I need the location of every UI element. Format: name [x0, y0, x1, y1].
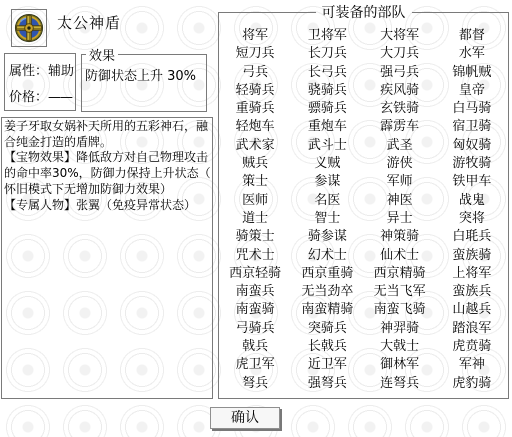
unit-name: 游侠 — [364, 155, 436, 173]
description-line: 姜子牙取女娲补天所用的五彩神石，融 — [4, 119, 211, 135]
unit-name: 山越兵 — [436, 301, 508, 319]
unit-name: 弓骑兵 — [219, 320, 291, 338]
unit-name: 武术家 — [219, 137, 291, 155]
unit-grid: 将军 卫将军 大将军 都督 短刀兵 长刀兵 大刀兵 水军 弓兵 长弓兵 强弓兵 … — [219, 27, 508, 393]
item-icon-frame — [11, 9, 47, 47]
unit-name: 白马骑 — [436, 100, 508, 118]
unit-name: 强弓兵 — [364, 64, 436, 82]
unit-name: 铁甲车 — [436, 173, 508, 191]
unit-name: 疾风骑 — [364, 82, 436, 100]
unit-name: 无当劲卒 — [291, 283, 363, 301]
unit-name: 义贼 — [291, 155, 363, 173]
unit-name: 道士 — [219, 210, 291, 228]
effect-box: 效果 防御状态上升 30% — [81, 45, 207, 112]
unit-name: 将军 — [219, 27, 291, 45]
unit-name: 贼兵 — [219, 155, 291, 173]
unit-name: 皇帝 — [436, 82, 508, 100]
unit-name: 武斗士 — [291, 137, 363, 155]
unit-name: 轻骑兵 — [219, 82, 291, 100]
unit-name: 虎豹骑 — [436, 375, 508, 393]
unit-name: 玄铁骑 — [364, 100, 436, 118]
unit-name: 智士 — [291, 210, 363, 228]
unit-name: 白毦兵 — [436, 228, 508, 246]
unit-name: 武圣 — [364, 137, 436, 155]
unit-name: 咒术士 — [219, 247, 291, 265]
attribute-value: 辅助 — [48, 64, 74, 79]
unit-name: 大戟士 — [364, 338, 436, 356]
unit-name: 踏浪军 — [436, 320, 508, 338]
unit-name: 虎卫军 — [219, 356, 291, 374]
effect-legend: 效果 — [86, 45, 118, 64]
unit-name: 大将军 — [364, 27, 436, 45]
unit-name: 骑策士 — [219, 228, 291, 246]
unit-name: 都督 — [436, 27, 508, 45]
unit-name: 虎贲骑 — [436, 338, 508, 356]
unit-name: 西京轻骑 — [219, 265, 291, 283]
unit-name: 无当飞军 — [364, 283, 436, 301]
description-line: 【专属人物】张翼（免疫异常状态） — [4, 198, 211, 214]
price-row: 价格：—— — [9, 86, 72, 105]
unit-name: 卫将军 — [291, 27, 363, 45]
unit-name: 连弩兵 — [364, 375, 436, 393]
unit-name: 蛮族骑 — [436, 247, 508, 265]
unit-name: 长刀兵 — [291, 45, 363, 63]
attribute-label: 属性： — [9, 64, 48, 79]
item-detail-window: 太公神盾 属性：辅助 价格：—— 效果 防御状态上升 30% 姜子牙取女娲补天所… — [0, 0, 512, 437]
attribute-row: 属性：辅助 — [9, 60, 72, 79]
description-line: 怀旧模式下无增加防御力效果） — [4, 182, 211, 198]
unit-name: 异士 — [364, 210, 436, 228]
shield-icon — [14, 13, 44, 43]
unit-name: 幻术士 — [291, 247, 363, 265]
equippable-units-panel: 可装备的部队 将军 卫将军 大将军 都督 短刀兵 长刀兵 大刀兵 水军 弓兵 长… — [218, 2, 509, 399]
unit-name: 神羿骑 — [364, 320, 436, 338]
unit-name: 骠骑兵 — [291, 100, 363, 118]
unit-name: 匈奴骑 — [436, 137, 508, 155]
description-line: 的命中率30%，防御力保持上升状态（ — [4, 166, 211, 182]
unit-name: 宿卫骑 — [436, 118, 508, 136]
unit-name: 医师 — [219, 192, 291, 210]
unit-name: 战鬼 — [436, 192, 508, 210]
equip-panel-legend: 可装备的部队 — [316, 2, 412, 22]
description-line: 合纯金打造的盾牌。 — [4, 135, 211, 151]
unit-name: 突将 — [436, 210, 508, 228]
unit-name: 大刀兵 — [364, 45, 436, 63]
unit-name: 强弩兵 — [291, 375, 363, 393]
unit-name: 西京重骑 — [291, 265, 363, 283]
unit-name: 水军 — [436, 45, 508, 63]
confirm-button[interactable]: 确认 — [210, 407, 280, 429]
unit-name: 重炮车 — [291, 118, 363, 136]
unit-name: 军神 — [436, 356, 508, 374]
attribute-price-box: 属性：辅助 价格：—— — [4, 53, 76, 111]
unit-name: 锦帆贼 — [436, 64, 508, 82]
unit-name: 南蛮骑 — [219, 301, 291, 319]
unit-name: 长戟兵 — [291, 338, 363, 356]
unit-name: 南蛮兵 — [219, 283, 291, 301]
unit-name: 轻炮车 — [219, 118, 291, 136]
unit-name: 霹雳车 — [364, 118, 436, 136]
unit-name: 南蛮飞骑 — [364, 301, 436, 319]
unit-name: 参谋 — [291, 173, 363, 191]
unit-name: 短刀兵 — [219, 45, 291, 63]
description-box: 姜子牙取女娲补天所用的五彩神石，融 合纯金打造的盾牌。 【宝物效果】降低敌方对自… — [1, 117, 213, 399]
price-label: 价格： — [9, 90, 48, 105]
effect-value: 防御状态上升 30% — [85, 65, 206, 84]
unit-name: 骁骑兵 — [291, 82, 363, 100]
unit-name: 突骑兵 — [291, 320, 363, 338]
unit-name: 长弓兵 — [291, 64, 363, 82]
unit-name: 弓兵 — [219, 64, 291, 82]
unit-name: 军师 — [364, 173, 436, 191]
unit-name: 戟兵 — [219, 338, 291, 356]
unit-name: 近卫军 — [291, 356, 363, 374]
unit-name: 神策骑 — [364, 228, 436, 246]
unit-name: 重骑兵 — [219, 100, 291, 118]
unit-name: 弩兵 — [219, 375, 291, 393]
unit-name: 神医 — [364, 192, 436, 210]
unit-name: 西京精骑 — [364, 265, 436, 283]
unit-name: 蛮族兵 — [436, 283, 508, 301]
unit-name: 名医 — [291, 192, 363, 210]
item-title: 太公神盾 — [57, 12, 121, 33]
unit-name: 仙术士 — [364, 247, 436, 265]
unit-name: 上将军 — [436, 265, 508, 283]
unit-name: 游牧骑 — [436, 155, 508, 173]
unit-name: 御林军 — [364, 356, 436, 374]
unit-name: 骑参谋 — [291, 228, 363, 246]
description-line: 【宝物效果】降低敌方对自己物理攻击 — [4, 150, 211, 166]
unit-name: 南蛮精骑 — [291, 301, 363, 319]
price-value: —— — [48, 90, 72, 105]
unit-name: 策士 — [219, 173, 291, 191]
